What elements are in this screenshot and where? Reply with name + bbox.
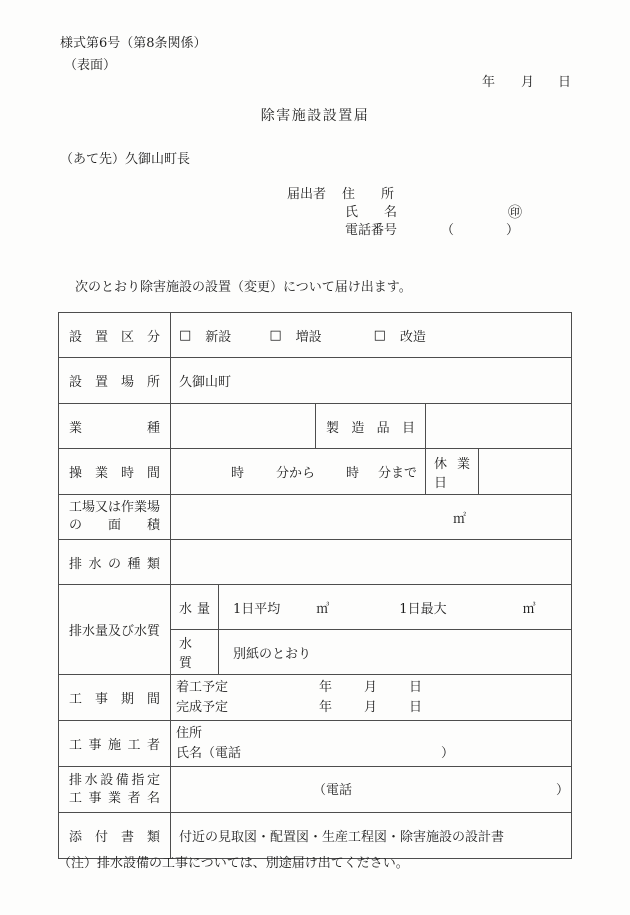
contractor-name-phone-label: 氏名（電話 bbox=[176, 744, 241, 764]
period-value: 着工予定 年 月 日 完成予定 年 月 日 bbox=[171, 676, 571, 720]
cubic-meter-unit: ㎥ bbox=[523, 598, 536, 617]
designated-phone-close: ） bbox=[556, 779, 569, 798]
declarant-address-line: 届出者 住 所 bbox=[287, 186, 522, 204]
row-industry: 業種 製造品目 bbox=[59, 404, 572, 449]
period-day-label: 日 bbox=[409, 698, 422, 718]
date-month-label: 月 bbox=[521, 71, 534, 90]
product-label: 製造品目 bbox=[316, 417, 425, 436]
hours-to-hour-label: 時 bbox=[346, 462, 359, 481]
option-remodel-label: 改造 bbox=[400, 326, 426, 345]
document-page: 様式第6号（第8条関係） （表面） 年 月 日 除害施設設置届 （あて先）久御山… bbox=[0, 0, 630, 915]
row-area: 工場又は作業場 の面積 ㎡ bbox=[59, 495, 572, 540]
checkbox-expand-icon: □ bbox=[269, 328, 281, 343]
side-label: （表面） bbox=[64, 54, 116, 73]
location-value: 久御山町 bbox=[171, 371, 571, 390]
industry-label: 業種 bbox=[59, 417, 170, 436]
water-qty-value: 1日平均 ㎥ 1日最大 ㎥ bbox=[219, 598, 571, 617]
option-expand-label: 増設 bbox=[296, 326, 322, 345]
option-new-label: 新設 bbox=[205, 326, 231, 345]
category-options: □ 新設 □ 増設 □ 改造 bbox=[171, 326, 571, 345]
row-category: 設置区分 □ 新設 □ 増設 □ 改造 bbox=[59, 313, 572, 358]
declarant-label: 届出者 bbox=[287, 186, 326, 204]
period-month-label: 月 bbox=[364, 698, 377, 718]
declarant-block: 届出者 住 所 氏 名 ㊞ 電話番号 （ ） bbox=[287, 186, 522, 240]
date-day-label: 日 bbox=[558, 71, 571, 90]
row-contractor: 工事施工者 住所 氏名（電話 ） bbox=[59, 721, 572, 767]
hours-from-minute-label: 分から bbox=[276, 462, 315, 481]
period-finish-label: 完成予定 bbox=[176, 698, 228, 718]
row-hours: 操業時間 時 分から 時 分まで 休業日 bbox=[59, 449, 572, 495]
location-label: 設置場所 bbox=[59, 371, 170, 390]
declarant-phone-line: 電話番号 （ ） bbox=[287, 222, 522, 240]
contractor-name-line: 氏名（電話 ） bbox=[171, 744, 571, 764]
water-quality-value: 別紙のとおり bbox=[219, 643, 571, 662]
hours-value: 時 分から 時 分まで bbox=[171, 462, 425, 481]
row-period: 工事期間 着工予定 年 月 日 完成予定 年 月 日 bbox=[59, 675, 572, 721]
row-designated: 排水設備指定 工事業者名 （電話 ） bbox=[59, 767, 572, 813]
declarant-address-label: 住 所 bbox=[342, 186, 394, 204]
period-day-label: 日 bbox=[409, 678, 422, 698]
checkbox-new-icon: □ bbox=[179, 328, 191, 343]
row-drain-type: 排水の種類 bbox=[59, 540, 572, 585]
contractor-address-label: 住所 bbox=[176, 724, 202, 744]
water-label: 排水量及び水質 bbox=[59, 620, 170, 639]
designated-phone-open: （電話 bbox=[313, 779, 352, 798]
period-label: 工事期間 bbox=[59, 688, 170, 707]
contractor-address-line: 住所 bbox=[171, 724, 571, 744]
date-year-label: 年 bbox=[482, 71, 495, 90]
declarant-phone-parens: （ ） bbox=[441, 222, 519, 240]
date-line: 年 月 日 bbox=[482, 71, 571, 90]
daily-average-label: 1日平均 bbox=[233, 598, 280, 617]
industry-value-cell bbox=[171, 404, 316, 449]
document-title: 除害施設設置届 bbox=[0, 105, 630, 125]
designated-phone-line: （電話 ） bbox=[171, 779, 571, 801]
holiday-label: 休業日 bbox=[426, 453, 478, 491]
period-year-label: 年 bbox=[319, 698, 332, 718]
daily-max-label: 1日最大 bbox=[399, 598, 446, 617]
area-unit-label: ㎡ bbox=[171, 508, 571, 527]
water-qty-label: 水量 bbox=[171, 598, 218, 617]
form-table: 設置区分 □ 新設 □ 増設 □ 改造 設置場所 久御山町 業種 製造品目 bbox=[58, 312, 572, 859]
hours-label: 操業時間 bbox=[59, 462, 170, 481]
attachments-value: 付近の見取図・配置図・生産工程図・除害施設の設計書 bbox=[171, 826, 571, 845]
designated-label-line1: 排水設備指定 bbox=[59, 772, 170, 790]
row-water-quantity: 排水量及び水質 水量 1日平均 ㎥ 1日最大 ㎥ bbox=[59, 585, 572, 630]
product-value-cell bbox=[426, 404, 572, 449]
drain-type-label: 排水の種類 bbox=[59, 553, 170, 572]
holiday-value-cell bbox=[479, 449, 572, 495]
checkbox-remodel-icon: □ bbox=[374, 328, 386, 343]
period-finish-line: 完成予定 年 月 日 bbox=[171, 698, 571, 718]
water-quality-label: 水 質 bbox=[171, 633, 218, 671]
attachments-label: 添付書類 bbox=[59, 826, 170, 845]
contractor-paren-close: ） bbox=[441, 744, 454, 764]
addressee: （あて先）久御山町長 bbox=[60, 148, 190, 167]
footnote: （注）排水設備の工事については、別途届け出てください。 bbox=[58, 852, 409, 871]
cubic-meter-unit: ㎥ bbox=[316, 598, 329, 617]
drain-type-value-cell bbox=[171, 540, 572, 585]
row-location: 設置場所 久御山町 bbox=[59, 358, 572, 404]
area-label-line1: 工場又は作業場 bbox=[59, 499, 170, 517]
declarant-name-label: 氏 名 bbox=[345, 204, 397, 222]
period-year-label: 年 bbox=[319, 678, 332, 698]
declarant-phone-label: 電話番号 bbox=[345, 222, 397, 240]
form-number: 様式第6号（第8条関係） bbox=[60, 32, 207, 51]
hours-from-hour-label: 時 bbox=[231, 462, 244, 481]
designated-value: （電話 ） bbox=[171, 779, 571, 801]
contractor-value: 住所 氏名（電話 ） bbox=[171, 722, 571, 766]
area-label-line2: の面積 bbox=[59, 517, 170, 535]
declarant-name-line: 氏 名 ㊞ bbox=[287, 204, 522, 222]
designated-label-line2: 工事業者名 bbox=[59, 790, 170, 808]
contractor-label: 工事施工者 bbox=[59, 734, 170, 753]
category-label: 設置区分 bbox=[59, 326, 170, 345]
period-month-label: 月 bbox=[364, 678, 377, 698]
intro-sentence: 次のとおり除害施設の設置（変更）について届け出ます。 bbox=[75, 276, 412, 295]
period-start-line: 着工予定 年 月 日 bbox=[171, 678, 571, 698]
period-start-label: 着工予定 bbox=[176, 678, 228, 698]
seal-mark-icon: ㊞ bbox=[508, 204, 522, 222]
hours-to-minute-label: 分まで bbox=[378, 462, 417, 481]
